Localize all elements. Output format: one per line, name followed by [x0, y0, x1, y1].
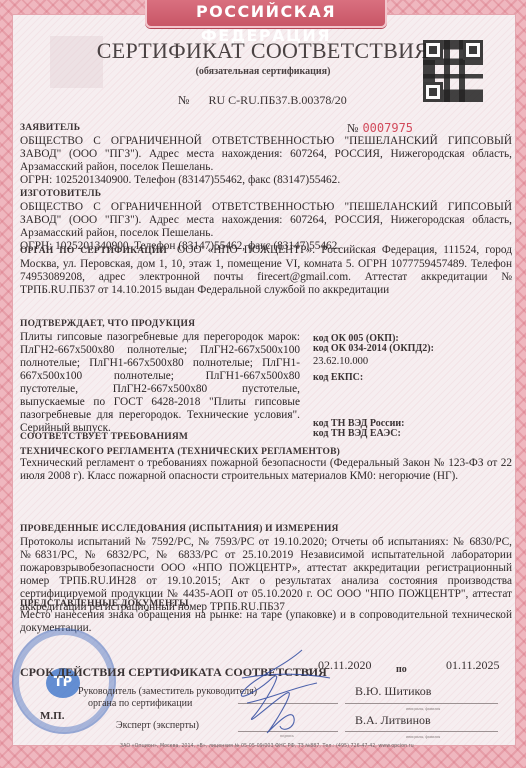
qr-code-icon[interactable] — [423, 40, 483, 102]
certificate-number: № RU C-RU.ПБ37.В.00378/20 — [178, 93, 347, 108]
compliance-section: СООТВЕТСТВУЕТ ТРЕБОВАНИЯМ ТЕХНИЧЕСКОГО Р… — [20, 431, 512, 483]
compliance-label-1: СООТВЕТСТВУЕТ ТРЕБОВАНИЯМ — [20, 431, 512, 444]
blank-serial-number: №0007975 — [347, 121, 413, 136]
head-label-line-2: органа по сертификации — [88, 698, 192, 709]
product-section: ПОДТВЕРЖДАЕТ, ЧТО ПРОДУКЦИЯ Плиты гипсов… — [20, 318, 300, 435]
documents-section: ПРЕДСТАВЛЕННЫЕ ДОКУМЕНТЫ Место нанесения… — [20, 600, 512, 635]
compliance-text: Технический регламент о требованиях пожа… — [20, 457, 512, 483]
country-band: РОССИЙСКАЯ ФЕДЕРАЦИЯ — [145, 0, 387, 28]
head-label-line-1: Руководитель (заместитель руководителя) — [78, 686, 257, 697]
documents-text: Место нанесения знака обращения на рынке… — [20, 609, 512, 635]
product-label: ПОДТВЕРЖДАЕТ, ЧТО ПРОДУКЦИЯ — [20, 318, 300, 331]
applicant-section: ЗАЯВИТЕЛЬ ОБЩЕСТВО С ОГРАНИЧЕННОЙ ОТВЕТС… — [20, 122, 512, 187]
manufacturer-text: ОБЩЕСТВО С ОГРАНИЧЕННОЙ ОТВЕТСТВЕННОСТЬЮ… — [20, 201, 512, 240]
compliance-label-2: ТЕХНИЧЕСКОГО РЕГЛАМЕНТА (ТЕХНИЧЕСКИХ РЕГ… — [20, 448, 512, 457]
number-symbol: № — [178, 93, 189, 107]
documents-label: ПРЕДСТАВЛЕННЫЕ ДОКУМЕНТЫ — [20, 600, 512, 609]
ekps-code-label: код ЕКПС: — [313, 373, 503, 383]
expert-label: Эксперт (эксперты) — [116, 720, 199, 731]
tests-label: ПРОВЕДЕННЫЕ ИССЛЕДОВАНИЯ (ИСПЫТАНИЯ) И И… — [20, 523, 512, 536]
expert-name: В.А. Литвинов — [355, 713, 431, 728]
validity-to-date: 01.11.2025 — [446, 658, 500, 673]
serial-symbol: № — [347, 121, 358, 135]
okpd2-code-label: код ОК 034-2014 (ОКПД2): — [313, 344, 503, 354]
manufacturer-label: ИЗГОТОВИТЕЛЬ — [20, 188, 512, 201]
certificate-number-value: RU C-RU.ПБ37.В.00378/20 — [208, 93, 346, 107]
expert-name-caption: инициалы, фамилия — [406, 734, 440, 739]
certificate-page: РОССИЙСКАЯ ФЕДЕРАЦИЯ СЕРТИФИКАТ СООТВЕТС… — [0, 0, 526, 768]
seal-label: М.П. — [40, 710, 64, 722]
expert-name-line — [345, 731, 498, 732]
product-codes: код ОК 005 (ОКП): код ОК 034-2014 (ОКПД2… — [313, 334, 503, 439]
certification-body-section: ОРГАН ПО СЕРТИФИКАЦИИООО «НПО ПОЖЦЕНТР».… — [20, 244, 512, 297]
head-name: В.Ю. Шитиков — [355, 684, 431, 699]
validity-to-prefix: по — [396, 664, 407, 675]
certification-body-label: ОРГАН ПО СЕРТИФИКАЦИИ — [20, 246, 167, 256]
applicant-label: ЗАЯВИТЕЛЬ — [20, 122, 512, 135]
serial-value: 0007975 — [362, 121, 413, 135]
handwritten-signature — [232, 648, 332, 738]
product-text: Плиты гипсовые пазогребневые для перегор… — [20, 331, 300, 435]
head-name-line — [345, 703, 498, 704]
okpd2-code-value: 23.62.10.000 — [313, 357, 503, 367]
printer-imprint: ЗАО «Опцион», Москва, 2014, «В», лицензи… — [120, 744, 414, 749]
applicant-contacts: ОГРН: 1025201340900. Телефон (83147)5546… — [20, 174, 512, 187]
head-name-caption: инициалы, фамилия — [406, 706, 440, 711]
applicant-text: ОБЩЕСТВО С ОГРАНИЧЕННОЙ ОТВЕТСТВЕННОСТЬЮ… — [20, 135, 512, 174]
